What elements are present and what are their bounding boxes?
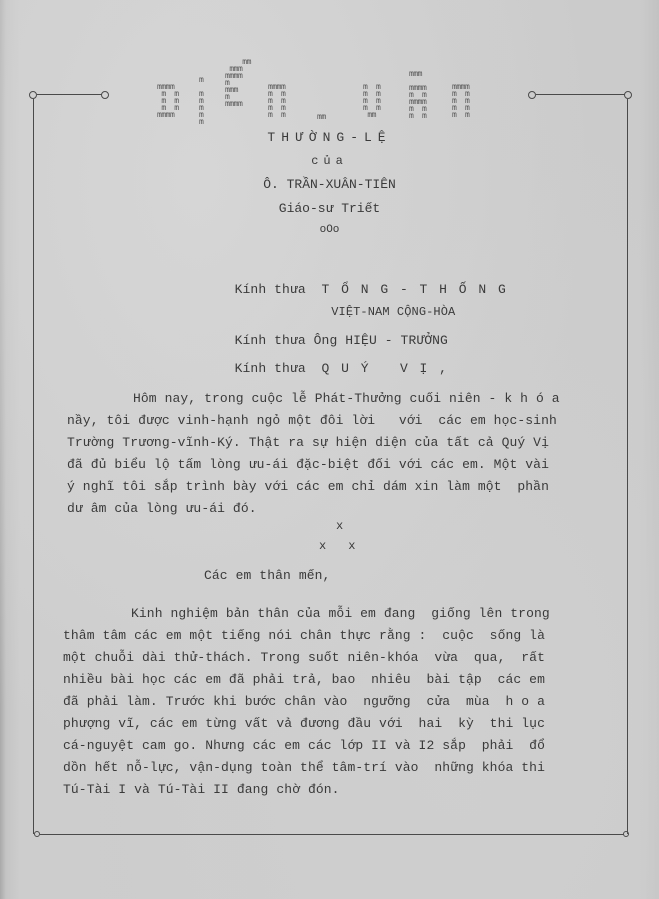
frame-corner-top-right [624,91,632,99]
paragraph1-line-3: Trường Trương-vĩnh-Ký. Thật ra sự hiện d… [67,435,549,450]
separator-top: x [336,519,343,533]
title-letter-n: mmmm m m m m m m m m [268,83,285,118]
paragraph2-line-3: một chuỗi dài thử-thách. Trong suốt niên… [63,650,545,665]
salutation-4: Kính thưa Q U Ý V Ị , [203,346,449,391]
frame-top-right-rule [536,94,625,95]
title-letter-d: mmmm m m m m m m mmmm [157,83,179,118]
of-label: của [0,154,659,168]
title-letter-n2: mmmm m m m m m m m m [452,83,469,118]
paragraph2-line-7: cá-nguyệt cam go. Nhưng các em các lớp I… [63,738,545,753]
frame-bottom-rule [40,834,624,835]
frame-corner-bottom-right [623,831,629,837]
separator-bottom: x x [319,539,356,553]
paragraph2-line-8: dồn hết nỗ-lực, vận-dụng toàn thể tâm-tr… [63,760,545,775]
paragraph1-line-5: ý nghĩ tôi sắp trình bày với các em chỉ … [67,479,549,494]
frame-ornament-top-right [528,91,536,99]
salutation-4-name: Q U Ý V Ị , [322,361,449,376]
frame-ornament-top-left [101,91,109,99]
paragraph2-line-1: Kinh nghiệm bản thân của mỗi em đang giố… [131,606,550,621]
title-letter-a: mmm mmmm m m mmmm m m m m [409,70,426,119]
paragraph2-line-6: phượng vĩ, các em từng vất vả đương đầu … [63,716,545,731]
frame-corner-top-left [29,91,37,99]
title-letter-e: mm mmm mmmm m mmm m mmmm [225,58,251,107]
paragraph2-line-4: nhiều bài học các em đã phải trả, bao nh… [63,672,545,687]
paragraph2-line-9: Tú-Tài I và Tú-Tài II đang chờ đón. [63,782,340,797]
subtitle: THƯỜNG-LỆ [0,130,659,145]
paragraph1-line-2: nầy, tôi được vinh-hạnh ngỏ một đôi lời … [67,413,557,428]
paragraph1-line-6: dư âm của lòng ưu-ái đó. [67,501,257,516]
scanned-page: DIỄN - VĂN mmmm m m m m m m mmmm m m m m… [0,0,659,899]
paragraph2-line-5: đã phải làm. Trước khi bước chân vào ngư… [63,694,545,709]
title-banner: DIỄN - VĂN mmmm m m m m m m mmmm m m m m… [155,58,495,118]
salutation-2-name: VIỆT-NAM CỘNG-HÒA [331,305,455,319]
ornament: oOo [0,224,659,236]
salutation-1-prefix: Kính thưa [235,282,306,297]
frame-top-left-rule [37,94,102,95]
greeting: Các em thân mến, [204,568,330,583]
title-dash: mm [317,113,326,120]
salutation-4-prefix: Kính thưa [235,361,306,376]
title-letter-i: m m m m m m [199,76,203,125]
author-name: Ô. TRẦN-XUÂN-TIÊN [0,177,659,192]
paragraph1-line-4: đã đủ biểu lộ tấm lòng ưu-ái đặc-biệt đố… [67,457,549,472]
paragraph1-line-1: Hôm nay, trong cuộc lễ Phát-Thưởng cuối … [133,391,560,406]
author-role: Giáo-sư Triết [0,201,659,216]
paragraph2-line-2: thâm tâm các em một tiếng nói chân thực … [63,628,545,643]
title-letter-v: m m m m m m m m mm [363,83,380,118]
